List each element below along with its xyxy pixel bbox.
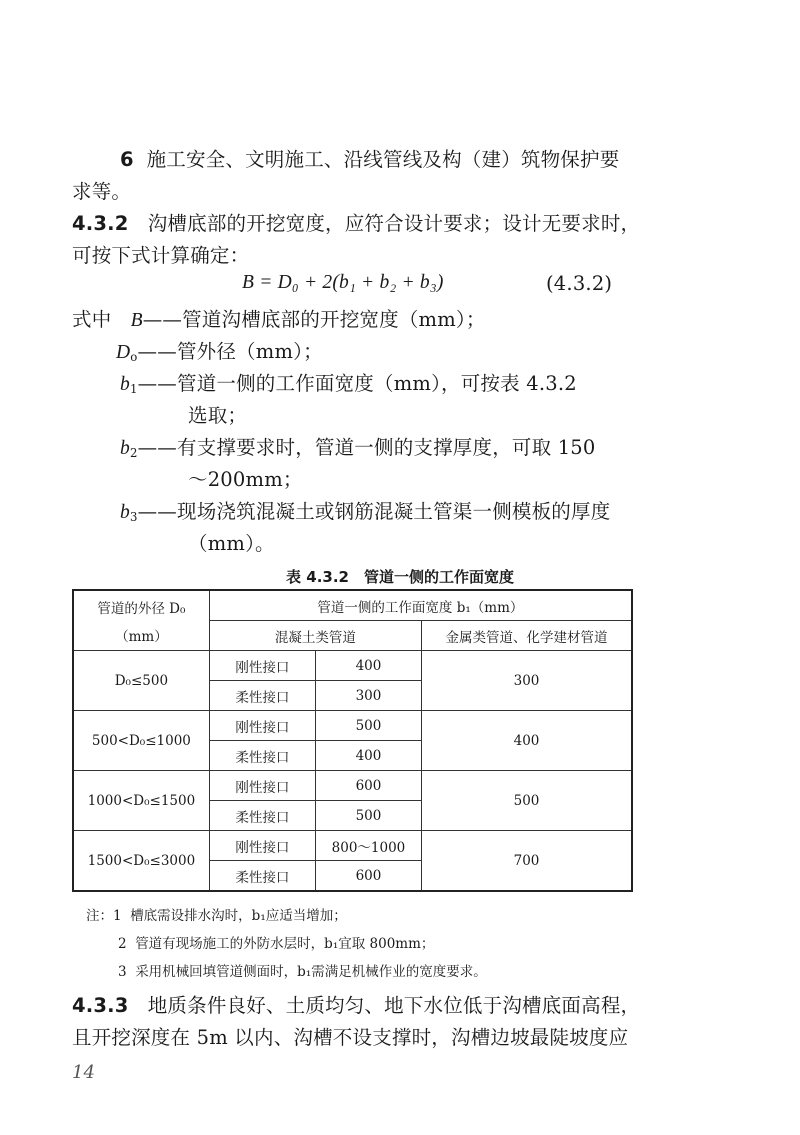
formula: B = D₀ + 2(b₁ + b₂ + b₃) xyxy=(242,272,444,294)
def-intro: 式中 xyxy=(72,308,111,331)
table-row: 1000<D₀≤1500 刚性接口 600 500 xyxy=(73,771,632,801)
metal-value-cell: 500 xyxy=(422,771,633,831)
subscript: 1 xyxy=(130,382,138,396)
header-text: 管道的外径 D₀ xyxy=(74,597,209,617)
note-number: 1 xyxy=(113,908,122,924)
joint-type-cell: 刚性接口 xyxy=(209,771,315,801)
section-433-line1: 4.3.3 地质条件良好、土质均匀、地下水位低于沟槽底面高程， xyxy=(72,990,640,1018)
range-cell: 1500<D₀≤3000 xyxy=(73,831,209,892)
subscript: o xyxy=(130,350,137,364)
range-cell: 500<D₀≤1000 xyxy=(73,711,209,771)
note-text: 槽底需设排水沟时，b₁应适当增加； xyxy=(130,908,347,924)
table-row: 500<D₀≤1000 刚性接口 500 400 xyxy=(73,711,632,741)
range-cell: 1000<D₀≤1500 xyxy=(73,771,209,831)
metal-value-cell: 400 xyxy=(422,711,633,771)
value-cell: 800～1000 xyxy=(315,831,421,861)
header-metal-pipe: 金属类管道、化学建材管道 xyxy=(422,621,633,651)
note-prefix: 注： xyxy=(86,908,113,924)
table-header-row-1: 管道的外径 D₀ （mm） 管道一侧的工作面宽度 b₁（mm） xyxy=(73,590,632,621)
def-D0: Do——管外径（mm）； xyxy=(116,336,323,364)
def-text: ——管外径（mm）； xyxy=(138,340,323,363)
value-cell: 400 xyxy=(315,651,421,681)
text: 地质条件良好、土质均匀、地下水位低于沟槽底面高程， xyxy=(148,994,641,1017)
def-text: ——现场浇筑混凝土或钢筋混凝土管渠一侧模板的厚度 xyxy=(138,500,611,523)
subscript: 2 xyxy=(130,446,138,460)
text: 施工安全、文明施工、沿线管线及构（建）筑物保护要 xyxy=(147,148,620,171)
def-b1: b1——管道一侧的工作面宽度（mm），可按表 4.3.2 xyxy=(120,368,577,396)
page-number: 14 xyxy=(72,1062,95,1083)
table-caption: 表 4.3.2 管道一侧的工作面宽度 xyxy=(0,566,800,587)
def-b2: b2——有支撑要求时，管道一侧的支撑厚度，可取 150 xyxy=(120,432,596,460)
note-number: 3 xyxy=(118,964,127,980)
formula-lhs: B xyxy=(242,272,254,293)
work-width-table: 管道的外径 D₀ （mm） 管道一侧的工作面宽度 b₁（mm） 混凝土类管道 金… xyxy=(72,589,633,892)
section-number: 4.3.2 xyxy=(72,212,129,235)
note-text: 管道有现场施工的外防水层时，b₁宜取 800mm； xyxy=(135,936,434,952)
table-row: 1500<D₀≤3000 刚性接口 800～1000 700 xyxy=(73,831,632,861)
def-text: ——有支撑要求时，管道一侧的支撑厚度，可取 150 xyxy=(138,436,596,459)
item-number: 6 xyxy=(120,148,134,171)
joint-type-cell: 刚性接口 xyxy=(209,651,315,681)
symbol: b xyxy=(120,438,130,459)
value-cell: 600 xyxy=(315,771,421,801)
text: 沟槽底部的开挖宽度，应符合设计要求；设计无要求时， xyxy=(148,212,641,235)
note-2: 2 管道有现场施工的外防水层时，b₁宜取 800mm； xyxy=(118,932,434,952)
joint-type-cell: 柔性接口 xyxy=(209,861,315,892)
formula-rhs: = D₀ + 2(b₁ + b₂ + b₃) xyxy=(259,272,443,293)
para-6-line1: 6 施工安全、文明施工、沿线管线及构（建）筑物保护要 xyxy=(120,144,619,172)
def-b2-cont: ～200mm； xyxy=(188,464,303,492)
subscript: 3 xyxy=(130,510,138,524)
metal-value-cell: 700 xyxy=(422,831,633,892)
symbol: D xyxy=(116,342,130,363)
table-row: D₀≤500 刚性接口 400 300 xyxy=(73,651,632,681)
range-cell: D₀≤500 xyxy=(73,651,209,711)
symbol: b xyxy=(120,502,130,523)
def-b3-cont: （mm）。 xyxy=(188,528,275,556)
def-B: 式中 B——管道沟槽底部的开挖宽度（mm）； xyxy=(72,304,486,332)
section-432-line2: 可按下式计算确定： xyxy=(72,240,249,268)
value-cell: 600 xyxy=(315,861,421,892)
section-433-line2: 且开挖深度在 5m 以内、沟槽不设支撑时，沟槽边坡最陡坡度应 xyxy=(72,1022,628,1050)
def-b3: b3——现场浇筑混凝土或钢筋混凝土管渠一侧模板的厚度 xyxy=(120,496,610,524)
def-b1-cont: 选取； xyxy=(188,400,247,428)
para-6-line2: 求等。 xyxy=(72,176,131,204)
header-concrete-pipe: 混凝土类管道 xyxy=(209,621,421,651)
joint-type-cell: 刚性接口 xyxy=(209,831,315,861)
joint-type-cell: 刚性接口 xyxy=(209,711,315,741)
metal-value-cell: 300 xyxy=(422,651,633,711)
joint-type-cell: 柔性接口 xyxy=(209,741,315,771)
symbol: B xyxy=(131,310,143,331)
def-text: ——管道一侧的工作面宽度（mm），可按表 4.3.2 xyxy=(138,372,577,395)
value-cell: 400 xyxy=(315,741,421,771)
header-work-width: 管道一侧的工作面宽度 b₁（mm） xyxy=(209,590,632,621)
note-1: 注：1 槽底需设排水沟时，b₁应适当增加； xyxy=(86,904,347,924)
formula-number: (4.3.2) xyxy=(546,272,612,295)
value-cell: 500 xyxy=(315,711,421,741)
symbol: b xyxy=(120,374,130,395)
value-cell: 500 xyxy=(315,801,421,831)
section-432-line1: 4.3.2 沟槽底部的开挖宽度，应符合设计要求；设计无要求时， xyxy=(72,208,640,236)
note-3: 3 采用机械回填管道侧面时，b₁需满足机械作业的宽度要求。 xyxy=(118,960,487,980)
def-text: ——管道沟槽底部的开挖宽度（mm）； xyxy=(143,308,486,331)
joint-type-cell: 柔性接口 xyxy=(209,681,315,711)
note-text: 采用机械回填管道侧面时，b₁需满足机械作业的宽度要求。 xyxy=(135,964,487,980)
joint-type-cell: 柔性接口 xyxy=(209,801,315,831)
header-outer-diameter: 管道的外径 D₀ （mm） xyxy=(73,590,209,651)
header-unit: （mm） xyxy=(74,625,209,645)
value-cell: 300 xyxy=(315,681,421,711)
note-number: 2 xyxy=(118,936,127,952)
section-number: 4.3.3 xyxy=(72,994,129,1017)
